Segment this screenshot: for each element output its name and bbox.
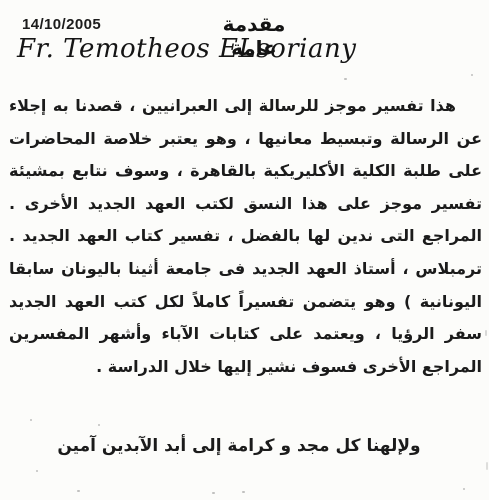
scan-speck (30, 419, 32, 421)
scan-speck (485, 330, 487, 336)
body-line: على طلبة الكلية الأكليريكية بالقاهرة ، و… (9, 155, 482, 188)
scan-speck (344, 78, 347, 80)
date-stamp: 14/10/2005 (22, 16, 101, 33)
body-line: عن الرسالة وتبسيط معانيها ، وهو يعتبر خل… (9, 123, 482, 156)
closing-doxology: ولإلهنا كل مجد و كرامة إلى أبد الآبدين آ… (0, 436, 478, 456)
body-line: اليونانية ) وهو يتضمن تفسيراً كاملاً لكل… (9, 286, 482, 319)
introduction-paragraph: هذا تفسير موجز للرسالة إلى العبرانيين ، … (9, 90, 482, 383)
scan-speck (212, 492, 215, 494)
scan-speck (36, 470, 38, 472)
scan-speck (486, 462, 488, 470)
scan-speck (463, 488, 465, 490)
author-signature: Fr. Temotheos ELsoriany (17, 34, 356, 64)
body-line: هذا تفسير موجز للرسالة إلى العبرانيين ، … (9, 90, 482, 123)
scan-speck (98, 424, 100, 426)
scanned-document-page: 14/10/2005 مقدمة عامة Fr. Temotheos ELso… (0, 0, 489, 500)
body-line: المراجع التى ندين لها بالفضل ، تفسير كتا… (9, 220, 482, 253)
body-line: ترمبلاس ، أستاذ العهد الجديد فى جامعة أث… (9, 253, 482, 286)
body-line: سفر الرؤيا ، ويعتمد على كتابات الآباء وأ… (9, 318, 482, 351)
scan-speck (471, 74, 473, 76)
body-line: المراجع الأخرى فسوف نشير إليها خلال الدر… (9, 351, 482, 384)
scan-speck (77, 490, 80, 492)
scan-speck (242, 491, 245, 493)
body-line: تفسير موجز على هذا النسق لكتب العهد الجد… (9, 188, 482, 221)
